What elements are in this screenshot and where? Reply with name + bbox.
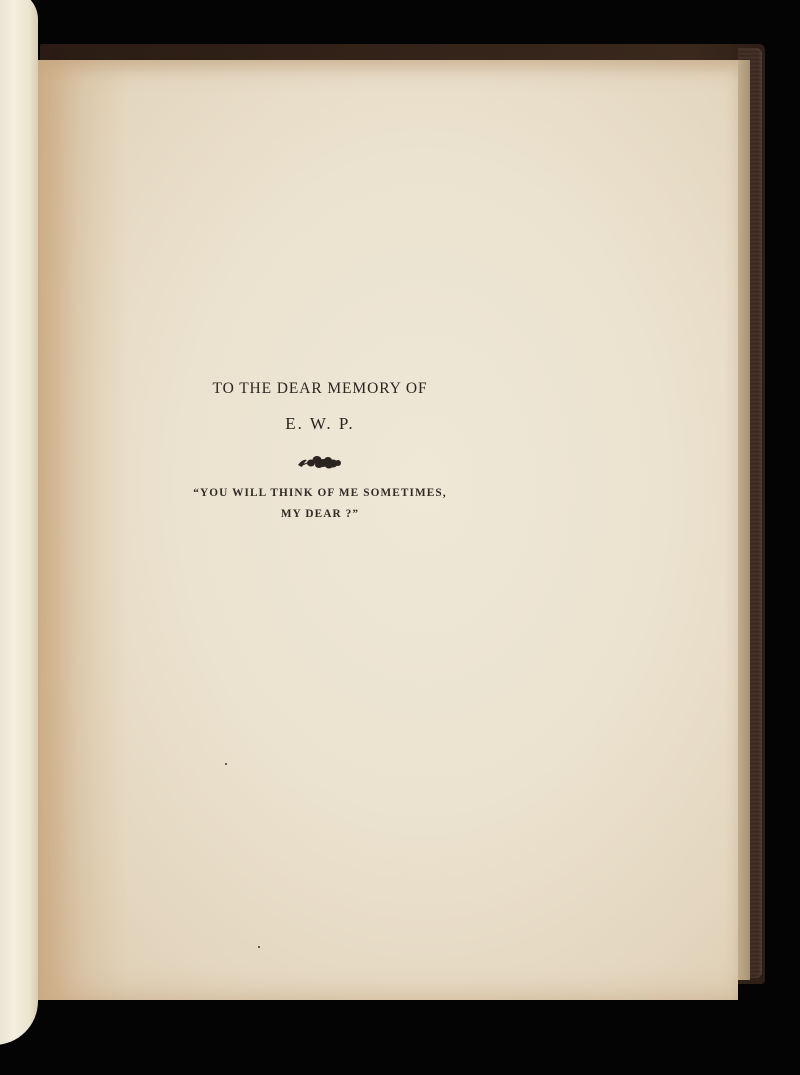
left-page-curl bbox=[0, 0, 38, 1045]
paper-speck bbox=[225, 763, 227, 765]
book-photo: TO THE DEAR MEMORY OF E. W. P. “YOU WILL… bbox=[0, 0, 800, 1075]
dedication-quote-line-2: MY DEAR ?” bbox=[180, 508, 460, 520]
dedication-heading: TO THE DEAR MEMORY OF bbox=[180, 380, 460, 398]
dedication-quote-line-1: “YOU WILL THINK OF ME SOMETIMES, bbox=[175, 487, 465, 499]
paper-speck bbox=[258, 946, 260, 948]
leaf-sprig-ornament-icon bbox=[297, 452, 341, 470]
dedication-initials: E. W. P. bbox=[180, 414, 460, 434]
dedication-page bbox=[38, 60, 738, 1000]
